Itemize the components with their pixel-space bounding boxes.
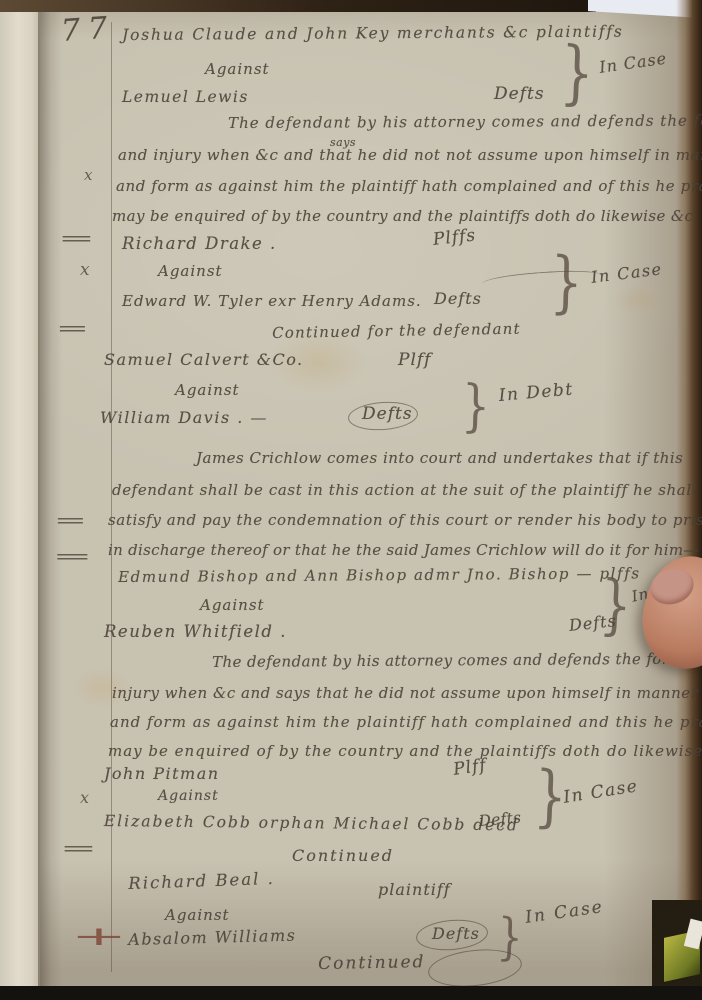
case-brace: } [598,565,634,644]
pen-flourish [415,917,489,953]
page-number: 77 [60,10,116,49]
plaintiff-name: Richard Drake . [122,234,277,253]
margin-mark: + [71,922,128,952]
action-type: In Case [590,259,663,287]
defendant-name: Elizabeth Cobb orphan Michael Cobb decd [104,812,519,834]
margin-mark: = [56,316,90,340]
plea-line: may be enquired of by the country and th… [112,207,693,225]
defendant-name: Absalom Williams [128,926,297,949]
defendant-abbr: Defts [494,84,545,104]
case-brace: } [461,373,491,439]
plea-line: and form as against him the plaintiff ha… [110,713,702,731]
plaintiff-abbr: Plff [452,755,488,779]
defendant-name: William Davis . — [100,408,268,427]
case-brace: } [549,243,584,322]
action-type: In Debt [498,379,574,405]
previous-page-edge [0,0,40,1000]
against-label: Against [165,906,230,924]
margin-mark: x [80,260,90,280]
against-label: Against [175,381,240,399]
defendant-name: Edward W. Tyler exr Henry Adams. [122,292,422,310]
margin-mark: = [60,836,97,860]
case-brace: } [559,31,596,114]
defendant-abbr: Defts [434,289,482,308]
plea-line: injury when &c and says that he did not … [112,684,698,702]
plaintiff-name: John Pitman [104,764,220,783]
binding-crease-shadow [38,0,62,1000]
plea-line: The defendant by his attorney comes and … [212,649,702,671]
margin-mark: = [54,508,88,532]
defendant-name: Lemuel Lewis [122,88,249,106]
margin-mark: x [80,788,89,807]
book-top-edge [0,0,596,12]
action-type: In Case [598,49,668,77]
margin-mark: x [84,166,92,184]
defendant-abbr: Defts [478,808,522,830]
plaintiff-name: Richard Beal . [128,869,275,893]
plea-line: The defendant by his attorney comes and … [228,111,702,132]
recognizance-line: in discharge thereof or that he the said… [108,541,699,559]
recognizance-line: satisfy and pay the condemnation of this… [108,511,702,529]
pen-flourish [347,400,419,433]
docket-page-photo: 77 x = x = = = x = + Joshua Claude and J… [0,0,702,1000]
margin-mark: = [52,544,92,568]
against-label: Against [158,788,219,804]
plaintiff-name: Edmund Bishop and Ann Bishop admr Jno. B… [118,564,641,586]
action-type: In Case [524,897,605,928]
continuance-note: Continued for the defendant [272,320,521,342]
thumb-holding-page [638,543,702,673]
plaintiff-abbr: Plff [398,350,431,370]
pen-flourish [482,268,603,291]
continuance-note: Continued [318,952,426,974]
plaintiff-abbr: plaintiff [378,880,451,899]
plaintiff-abbr: Plffs [432,225,477,249]
photo-bottom-edge [0,986,702,1000]
continuance-note: Continued [292,846,394,865]
defendant-name: Reuben Whitfield . [104,622,287,641]
against-label: Against [205,60,270,78]
against-label: Against [200,596,265,614]
plea-line: and injury when &c and that he did not n… [118,146,702,164]
plea-line: and form as against him the plaintiff ha… [116,177,702,195]
plaintiff-name: Samuel Calvert &Co. [104,350,304,369]
pen-flourish [426,945,523,991]
thumb-skin [630,546,702,679]
recognizance-line: James Crichlow comes into court and unde… [196,449,683,467]
margin-mark: = [58,226,95,250]
plea-line: may be enquired of by the country and th… [108,742,702,760]
plaintiff-name: Joshua Claude and John Key merchants &c … [122,22,624,44]
recognizance-line: defendant shall be cast in this action a… [112,481,697,499]
action-type: In Case [562,776,640,808]
against-label: Against [158,262,223,280]
